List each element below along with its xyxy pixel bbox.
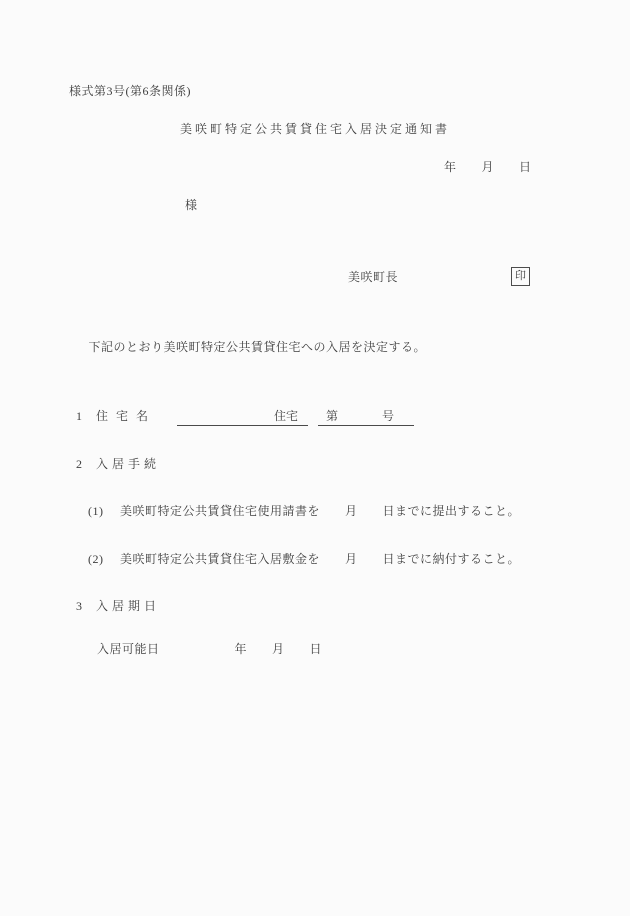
sub-item2-text: 美咲町特定公共賃貸住宅入居敷金を 月 日までに納付すること。 — [120, 551, 520, 567]
item3-label: 入居期日 — [96, 598, 160, 614]
move-in-date-line: 入居可能日 年 月 日 — [97, 641, 322, 657]
addressee-honorific: 様 — [185, 197, 198, 213]
sub-item1-text: 美咲町特定公共賃貸住宅使用請書を 月 日までに提出すること。 — [120, 503, 520, 519]
housing-number-prefix: 第 — [326, 408, 338, 425]
seal-mark: 印 — [511, 267, 530, 286]
item1-label: 住宅名 — [96, 408, 156, 424]
item1-number: 1 — [76, 408, 83, 424]
page-title: 美咲町特定公共賃貸住宅入居決定通知書 — [0, 121, 630, 137]
housing-number-suffix: 号 — [382, 408, 394, 425]
issuer-title: 美咲町長 — [348, 269, 398, 285]
housing-name-suffix: 住宅 — [274, 409, 298, 423]
sub-item2-number: (2) — [88, 551, 104, 567]
item2-label: 入居手続 — [96, 456, 160, 472]
item2-number: 2 — [76, 456, 83, 472]
item3-number: 3 — [76, 598, 83, 614]
housing-number-blank: 第号 — [318, 408, 414, 426]
form-number: 様式第3号(第6条関係) — [69, 83, 191, 99]
intro-sentence: 下記のとおり美咲町特定公共賃貸住宅への入居を決定する。 — [76, 339, 426, 355]
housing-name-blank: 住宅 — [177, 408, 308, 426]
issue-date-blank: 年 月 日 — [444, 159, 532, 175]
sub-item1-number: (1) — [88, 503, 104, 519]
